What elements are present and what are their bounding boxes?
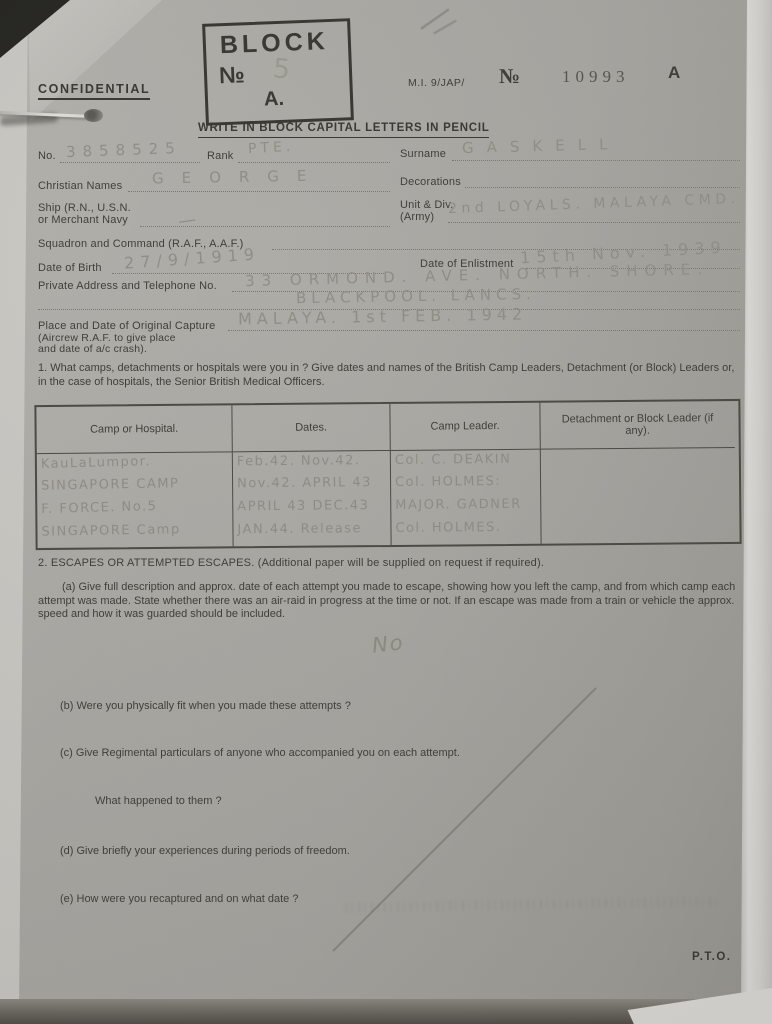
form-reference-prefix: M.I. 9/JAP/ [408, 77, 465, 89]
surname-value: GASKELL [462, 135, 621, 157]
no-line [60, 162, 200, 163]
question2d-text: (d) Give briefly your experiences during… [60, 845, 710, 859]
rank-line [238, 162, 390, 163]
stamp-a-letter: A. [264, 88, 285, 112]
camp-entry: SINGAPORE Camp [41, 522, 180, 539]
camp-entry: F. FORCE. No.5 [41, 499, 158, 517]
col-header-dates: Dates. [232, 404, 390, 452]
stamp-handwritten-number: 5 [271, 53, 291, 86]
camp-column: KauLaLumpor. SINGAPORE CAMP F. FORCE. No… [37, 452, 234, 548]
dob-label: Date of Birth [38, 262, 102, 274]
dates-entry: JAN.44. Release [237, 521, 362, 537]
pencil-strike-line [332, 687, 596, 951]
surname-line [452, 160, 740, 161]
leader-entry: MAJOR. GADNER [395, 497, 522, 513]
pto-label: P.T.O. [692, 951, 731, 963]
dates-entry: Feb.42. Nov.42. [237, 453, 361, 469]
question2a-answer: No [371, 630, 406, 657]
dates-entry: APRIL 43 DEC.43 [237, 498, 369, 514]
col-header-detachment: Detachment or Block Leader (if any). [540, 401, 734, 450]
camp-entry: KauLaLumpor. [41, 454, 151, 472]
leader-entry: Col. C. DEAKIN [395, 452, 512, 468]
leader-column: Col. C. DEAKIN Col. HOLMES: MAJOR. GADNE… [391, 450, 542, 545]
question1-text: 1. What camps, detachments or hospitals … [38, 362, 744, 389]
camps-table-body: KauLaLumpor. SINGAPORE CAMP F. FORCE. No… [37, 448, 740, 548]
capture-label-line3: and date of a/c crash). [38, 343, 147, 355]
confidential-label: CONFIDENTIAL [38, 82, 150, 100]
leader-entry: Col. HOLMES. [395, 520, 501, 536]
ship-label-line2: or Merchant Navy [38, 214, 128, 226]
serial-suffix: A [668, 63, 680, 83]
capture-label-line1: Place and Date of Original Capture [38, 320, 215, 332]
unit-label-line2: (Army) [400, 211, 434, 223]
instruction-heading: WRITE IN BLOCK CAPITAL LETTERS IN PENCIL [198, 122, 489, 138]
dates-entry: Nov.42. APRIL 43 [237, 475, 372, 491]
serial-no-symbol: № [499, 64, 520, 89]
unit-label-line1: Unit & Div. [400, 199, 453, 211]
address-value-line2: BLACKPOOL. LANCS. [296, 285, 536, 307]
col-header-leader: Camp Leader. [390, 403, 540, 451]
no-value: 3858525 [66, 139, 182, 161]
scanned-pow-form: { "colors": { "paper": "#a8a6a1", "ink":… [0, 0, 772, 1024]
block-number-stamp: BLOCK № 5 A. [202, 18, 354, 126]
camps-table-header-row: Camp or Hospital. Dates. Camp Leader. De… [36, 401, 738, 454]
camp-entry: SINGAPORE CAMP [41, 476, 180, 493]
leader-entry: Col. HOLMES: [395, 474, 501, 490]
surname-label: Surname [400, 148, 446, 160]
ship-line [140, 226, 390, 227]
address-label: Private Address and Telephone No. [38, 280, 217, 292]
serial-number: 10993 [562, 67, 630, 87]
unit-value: 2nd LOYALS. MALAYA CMD. [448, 191, 740, 217]
ship-value: — [177, 209, 198, 232]
camps-table: Camp or Hospital. Dates. Camp Leader. De… [34, 399, 741, 550]
christian-names-value: GEORGE [152, 166, 325, 187]
stamp-no-symbol: № [219, 61, 246, 89]
question2c-text: (c) Give Regimental particulars of anyon… [60, 747, 740, 761]
decorations-line [465, 187, 740, 188]
detachment-column [541, 448, 736, 544]
question2b-text: (b) Were you physically fit when you mad… [60, 700, 710, 714]
capture-value: MALAYA. 1st FEB. 1942 [238, 304, 527, 328]
capture-line [228, 330, 740, 331]
col-header-camp: Camp or Hospital. [36, 405, 232, 454]
ship-label-line1: Ship (R.N., U.S.N. [38, 202, 131, 214]
dates-column: Feb.42. Nov.42. Nov.42. APRIL 43 APRIL 4… [233, 451, 392, 546]
christian-names-label: Christian Names [38, 180, 122, 192]
question2c-sub-text: What happened to them ? [95, 795, 495, 809]
no-label: No. [38, 150, 56, 162]
unit-line [448, 222, 740, 223]
question2a-text: (a) Give full description and approx. da… [38, 581, 750, 622]
form-content: CONFIDENTIAL BLOCK № 5 A. M.I. 9/JAP/ № … [0, 0, 772, 1024]
pencil-scribble [433, 20, 457, 35]
decorations-label: Decorations [400, 176, 461, 188]
rank-label: Rank [207, 150, 233, 162]
rank-value: PTE. [248, 139, 295, 157]
question2-heading: 2. ESCAPES OR ATTEMPTED ESCAPES. (Additi… [38, 557, 748, 571]
christian-names-line [128, 191, 390, 192]
